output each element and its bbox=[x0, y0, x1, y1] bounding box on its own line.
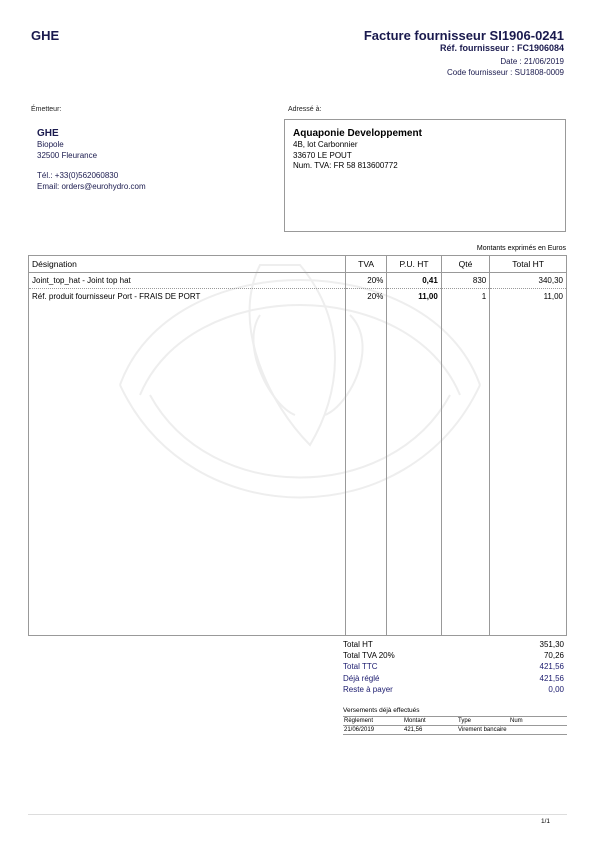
supplier-code: Code fournisseur : SU1808-0009 bbox=[447, 68, 564, 77]
line-designation: Joint_top_hat - Joint top hat bbox=[29, 273, 346, 289]
col-designation: Désignation bbox=[29, 256, 346, 273]
table-filler-row bbox=[29, 304, 567, 636]
supplier-reference: Réf. fournisseur : FC1906084 bbox=[440, 43, 564, 53]
payments-col-amount: Montant bbox=[403, 717, 457, 726]
total-ttc-row: Total TTC 421,56 bbox=[343, 661, 564, 672]
payment-type: Virement bancaire bbox=[457, 726, 567, 735]
col-total-ht: Total HT bbox=[490, 256, 567, 273]
line-unit-price: 11,00 bbox=[387, 289, 442, 305]
invoice-lines-table: Désignation TVA P.U. HT Qté Total HT Joi… bbox=[28, 255, 567, 636]
company-name: GHE bbox=[31, 28, 59, 43]
recipient-address1: 4B, lot Carbonnier bbox=[293, 140, 422, 151]
sender-address2: 32500 Fleurance bbox=[37, 151, 146, 162]
recipient-vat: Num. TVA: FR 58 813600772 bbox=[293, 161, 422, 172]
sender-block: GHE Biopole 32500 Fleurance Tél.: +33(0)… bbox=[37, 128, 146, 192]
already-paid-value: 421,56 bbox=[540, 673, 564, 684]
payments-title: Versements déjà effectués bbox=[343, 707, 567, 714]
recipient-label: Adressé à: bbox=[288, 106, 321, 113]
recipient-box: Aquaponie Developpement 4B, lot Carbonni… bbox=[284, 119, 566, 232]
line-unit-price: 0,41 bbox=[387, 273, 442, 289]
payments-block: Versements déjà effectués Règlement Mont… bbox=[343, 707, 567, 735]
payments-row: 21/06/2019 421,56 Virement bancaire bbox=[343, 726, 567, 735]
remaining-label: Reste à payer bbox=[343, 684, 393, 695]
total-ht-label: Total HT bbox=[343, 639, 373, 650]
line-total: 11,00 bbox=[490, 289, 567, 305]
sender-name: GHE bbox=[37, 128, 146, 140]
line-tva: 20% bbox=[345, 289, 386, 305]
totals-block: Total HT 351,30 Total TVA 20% 70,26 Tota… bbox=[343, 639, 564, 695]
recipient-address2: 33670 LE POUT bbox=[293, 151, 422, 162]
already-paid-row: Déjà réglé 421,56 bbox=[343, 673, 564, 684]
payments-col-num: Num bbox=[509, 717, 567, 726]
col-unit-price: P.U. HT bbox=[387, 256, 442, 273]
payments-table: Règlement Montant Type Num 21/06/2019 42… bbox=[343, 716, 567, 735]
already-paid-label: Déjà réglé bbox=[343, 673, 379, 684]
footer-divider bbox=[28, 814, 567, 815]
total-ttc-label: Total TTC bbox=[343, 661, 378, 672]
sender-email: Email: orders@eurohydro.com bbox=[37, 182, 146, 193]
line-total: 340,30 bbox=[490, 273, 567, 289]
payment-amount: 421,56 bbox=[403, 726, 457, 735]
total-tva-label: Total TVA 20% bbox=[343, 650, 395, 661]
line-quantity: 1 bbox=[441, 289, 489, 305]
col-quantity: Qté bbox=[441, 256, 489, 273]
recipient-name: Aquaponie Developpement bbox=[293, 128, 422, 140]
invoice-title: Facture fournisseur SI1906-0241 bbox=[364, 28, 564, 43]
table-row: Réf. produit fournisseur Port - FRAIS DE… bbox=[29, 289, 567, 305]
payments-col-date: Règlement bbox=[343, 717, 403, 726]
table-header-row: Désignation TVA P.U. HT Qté Total HT bbox=[29, 256, 567, 273]
total-tva-value: 70,26 bbox=[544, 650, 564, 661]
col-tva: TVA bbox=[345, 256, 386, 273]
total-ht-value: 351,30 bbox=[540, 639, 564, 650]
sender-label: Émetteur: bbox=[31, 106, 61, 113]
table-row: Joint_top_hat - Joint top hat 20% 0,41 8… bbox=[29, 273, 567, 289]
total-tva-row: Total TVA 20% 70,26 bbox=[343, 650, 564, 661]
payments-col-type: Type bbox=[457, 717, 509, 726]
total-ttc-value: 421,56 bbox=[540, 661, 564, 672]
line-tva: 20% bbox=[345, 273, 386, 289]
currency-note: Montants exprimés en Euros bbox=[477, 245, 566, 252]
payments-header-row: Règlement Montant Type Num bbox=[343, 717, 567, 726]
sender-address1: Biopole bbox=[37, 140, 146, 151]
sender-phone: Tél.: +33(0)562060830 bbox=[37, 171, 146, 182]
page-number: 1/1 bbox=[541, 818, 550, 825]
remaining-value: 0,00 bbox=[548, 684, 564, 695]
line-quantity: 830 bbox=[441, 273, 489, 289]
remaining-row: Reste à payer 0,00 bbox=[343, 684, 564, 695]
payment-date: 21/06/2019 bbox=[343, 726, 403, 735]
invoice-date: Date : 21/06/2019 bbox=[500, 57, 564, 66]
total-ht-row: Total HT 351,30 bbox=[343, 639, 564, 650]
line-designation: Réf. produit fournisseur Port - FRAIS DE… bbox=[29, 289, 346, 305]
